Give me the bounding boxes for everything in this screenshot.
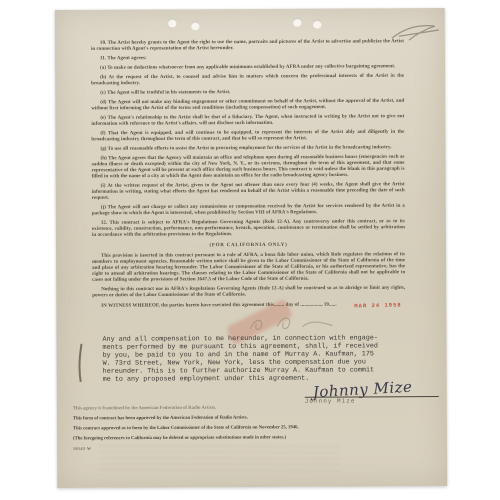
- contract-clause: (b) At the request of the Artist, to cou…: [91, 73, 404, 87]
- pencil-scribble: [244, 314, 340, 337]
- california-heading: (FOR CALIFORNIA ONLY): [92, 241, 405, 249]
- footer-line: (The foregoing references to California …: [73, 434, 453, 441]
- california-paragraph: Nothing in this contract nor in AFRA's R…: [92, 285, 405, 299]
- california-paragraph: This provision is inserted in this contr…: [92, 251, 405, 283]
- contract-clause: 12. This contract is subject to AFRA's R…: [92, 218, 405, 238]
- contract-clause: (i) At the written request of the Artist…: [92, 181, 405, 201]
- contract-clause: (a) To make no deductions whatsoever fro…: [91, 63, 404, 71]
- contract-clause: (c) The Agent will be truthful in his st…: [91, 88, 404, 96]
- contract-body: 10. The Artist hereby grants to the Agen…: [91, 38, 405, 312]
- footer-line: This form of contract has been approved …: [73, 414, 453, 421]
- punch-hole: [168, 18, 177, 27]
- contract-clause: (e) The Agent's relationship to the Arti…: [91, 113, 404, 127]
- punch-hole: [313, 20, 322, 29]
- date-stamp: MAR 24 1958: [354, 302, 401, 309]
- footer-line: This contract approved as to form by the…: [73, 424, 453, 431]
- contract-clause: 11. The Agent agrees:: [91, 54, 404, 62]
- typed-rider-paragraph: Any and all compensation to me hereunder…: [102, 334, 392, 384]
- bleed-through-text: [99, 445, 339, 474]
- contract-clause: (h) The Agent agrees that the Agency wil…: [92, 154, 405, 180]
- contract-clause: (f) That the Agent is equipped, and will…: [91, 129, 404, 143]
- contract-clause: (d) The Agent will not make any binding …: [91, 98, 404, 112]
- punch-hole: [293, 18, 302, 27]
- contract-page: 10. The Artist hereby grants to the Agen…: [55, 8, 447, 488]
- footer-line: This agency is franchised by the America…: [73, 404, 453, 411]
- contract-clause: (j) The Agent will not charge or collect…: [92, 203, 405, 217]
- punch-hole: [191, 21, 200, 30]
- pencil-margin-mark: [74, 342, 86, 384]
- contract-clause: 10. The Artist hereby grants to the Agen…: [91, 38, 404, 52]
- contract-clause: (g) To use all reasonable efforts to ass…: [91, 144, 404, 152]
- scanned-contract-photo: 10. The Artist hereby grants to the Agen…: [0, 0, 500, 500]
